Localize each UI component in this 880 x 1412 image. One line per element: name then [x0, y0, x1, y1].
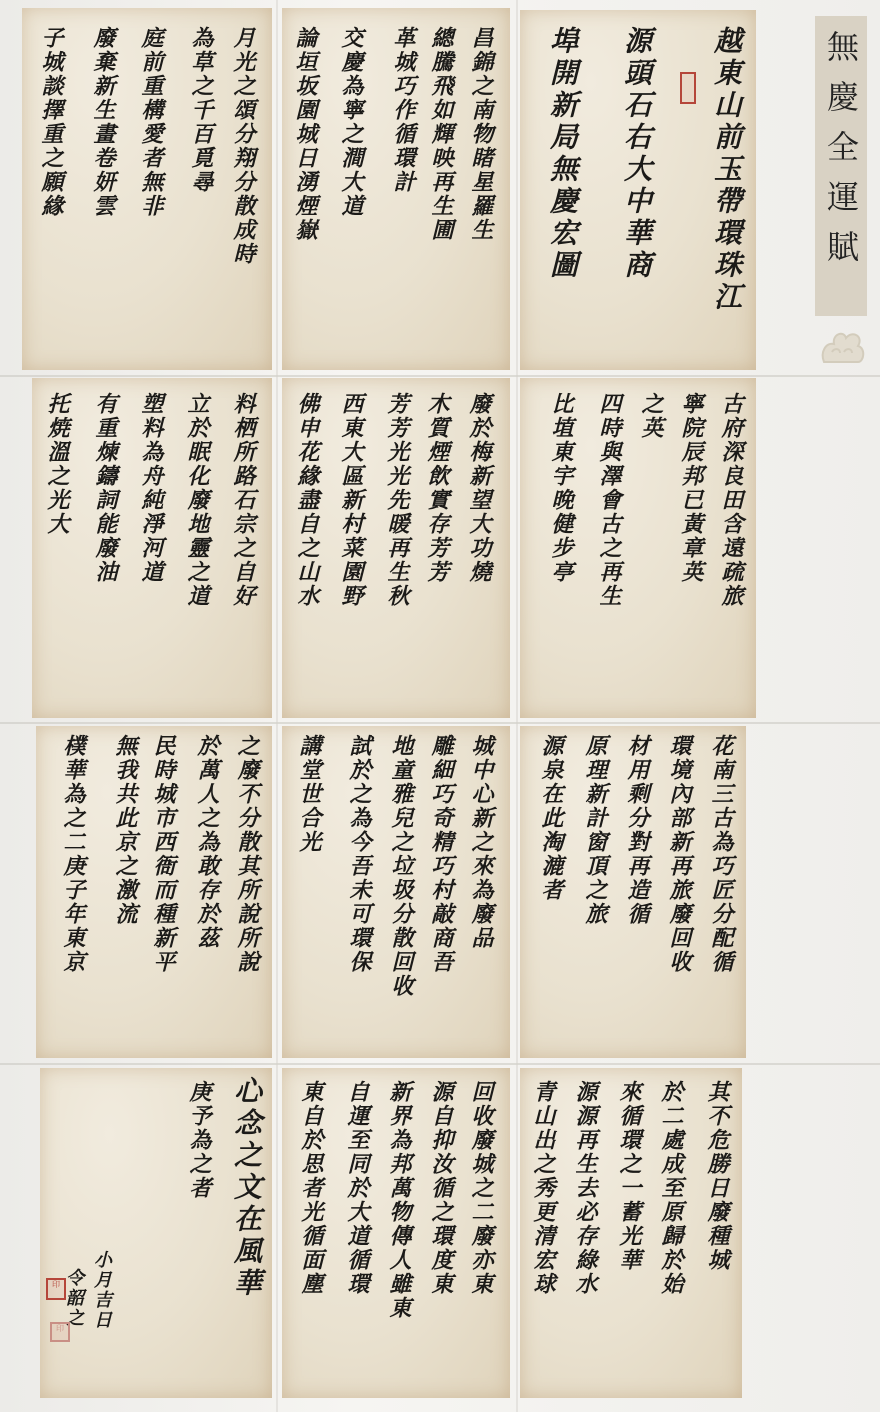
- calligraphy-column: 樸華為之二庚子年東京: [62, 734, 84, 974]
- fold-line: [0, 1063, 880, 1065]
- title-label: 無慶全運賦: [815, 30, 867, 280]
- fold-line: [516, 0, 518, 1412]
- calligraphy-column: 四時與澤會古之再生: [598, 392, 620, 608]
- signature-date: 小月吉日: [92, 1250, 110, 1330]
- calligraphy-column: 源頭石右大中華商: [622, 26, 650, 356]
- signature-name: 令韶之: [64, 1268, 82, 1328]
- calligraphy-column: 城中心新之來為廢品: [470, 734, 492, 950]
- calligraphy-column: 其不危勝日廢種城: [706, 1080, 728, 1272]
- fold-line: [0, 375, 880, 377]
- calligraphy-column: 材用剩分對再造循: [626, 734, 648, 926]
- calligraphy-column: 源泉在此淘漉者: [540, 734, 562, 902]
- calligraphy-column: 新界為邦萬物傳人雖東: [388, 1080, 410, 1320]
- calligraphy-column: 比埴東宇晚健步亭: [550, 392, 572, 584]
- calligraphy-column: 為草之千百覓尋: [190, 26, 212, 194]
- calligraphy-column: 立於眠化廢地靈之道: [186, 392, 208, 608]
- calligraphy-column: 有重煉鑄詞能廢油: [94, 392, 116, 584]
- calligraphy-column: 芳芳光光先暖再生秋: [386, 392, 408, 608]
- calligraphy-column: 無我共此京之激流: [114, 734, 136, 926]
- calligraphy-column: 花南三古為巧匠分配循: [710, 734, 732, 974]
- calligraphy-column: 寧院辰邦已黃章英: [680, 392, 702, 584]
- cloud-ornament-icon: [818, 322, 866, 366]
- calligraphy-column: 回收廢城之二廢亦東: [470, 1080, 492, 1296]
- calligraphy-column: 月光之頌分翔分散成時: [232, 26, 254, 266]
- calligraphy-column: 於萬人之為敢存於茲: [196, 734, 218, 950]
- collector-seal: [680, 72, 696, 104]
- calligraphy-column: 托焼溫之光大: [46, 392, 68, 536]
- calligraphy-column: 塑料為舟純淨河道: [140, 392, 162, 584]
- calligraphy-column: 於二處成至原歸於始: [660, 1080, 682, 1296]
- calligraphy-column: 論垣坂園城日湧煙嶽: [294, 26, 316, 242]
- calligraphy-column: 庭前重構愛者無非: [140, 26, 162, 218]
- calligraphy-column: 心念之文在風華: [232, 1076, 260, 1300]
- calligraphy-column: 來循環之一蓄光華: [618, 1080, 640, 1272]
- calligraphy-column: 青山出之秀更清宏球: [532, 1080, 554, 1296]
- calligraphy-column: 民時城市西衙而種新平: [152, 734, 174, 974]
- artist-seal: 印: [50, 1322, 70, 1342]
- calligraphy-column: 之英: [640, 392, 662, 440]
- calligraphy-column: 佛申花緣盡自之山水: [296, 392, 318, 608]
- calligraphy-column: 交慶為寧之澗大道: [340, 26, 362, 218]
- calligraphy-column: 自運至同於大道循環: [346, 1080, 368, 1296]
- fold-line: [0, 722, 880, 724]
- calligraphy-column: 講堂世合光: [298, 734, 320, 854]
- calligraphy-column: 庚予為之者: [188, 1080, 210, 1200]
- fold-line: [276, 0, 278, 1412]
- calligraphy-column: 源自抑汝循之環度東: [430, 1080, 452, 1296]
- calligraphy-column: 古府深良田含遠疏旅: [720, 392, 742, 608]
- calligraphy-column: 西東大區新村菜園野: [340, 392, 362, 608]
- calligraphy-column: 廢棄新生畫卷妍雲: [92, 26, 114, 218]
- calligraphy-column: 地童雅兒之垃圾分散回收: [390, 734, 412, 998]
- calligraphy-column: 之廢不分散其所說所說: [236, 734, 258, 974]
- calligraphy-column: 東自於思者光循面塵: [300, 1080, 322, 1296]
- calligraphy-column: 越東山前玉帶環珠江: [712, 26, 740, 314]
- calligraphy-column: 料栖所路石宗之自好: [232, 392, 254, 608]
- calligraphy-column: 雕細巧奇精巧村敲商吾: [430, 734, 452, 974]
- calligraphy-column: 埠開新局無慶宏圖: [548, 26, 576, 282]
- calligraphy-column: 廢於梅新望大功燒: [468, 392, 490, 584]
- artist-seal: 印: [46, 1278, 66, 1300]
- calligraphy-column: 試於之為今吾未可環保: [348, 734, 370, 974]
- calligraphy-column: 昌錦之南物睹星羅生: [470, 26, 492, 242]
- calligraphy-column: 木質煙飲實存芳芳: [426, 392, 448, 584]
- calligraphy-column: 革城巧作循環計: [392, 26, 414, 194]
- calligraphy-column: 源源再生去必存綠水: [574, 1080, 596, 1296]
- calligraphy-column: 總騰飛如輝映再生圃: [430, 26, 452, 242]
- calligraphy-column: 環境內部新再旅廢回收: [668, 734, 690, 974]
- calligraphy-column: 原理新計窗頂之旅: [584, 734, 606, 926]
- calligraphy-column: 子城談擇重之願緣: [40, 26, 62, 218]
